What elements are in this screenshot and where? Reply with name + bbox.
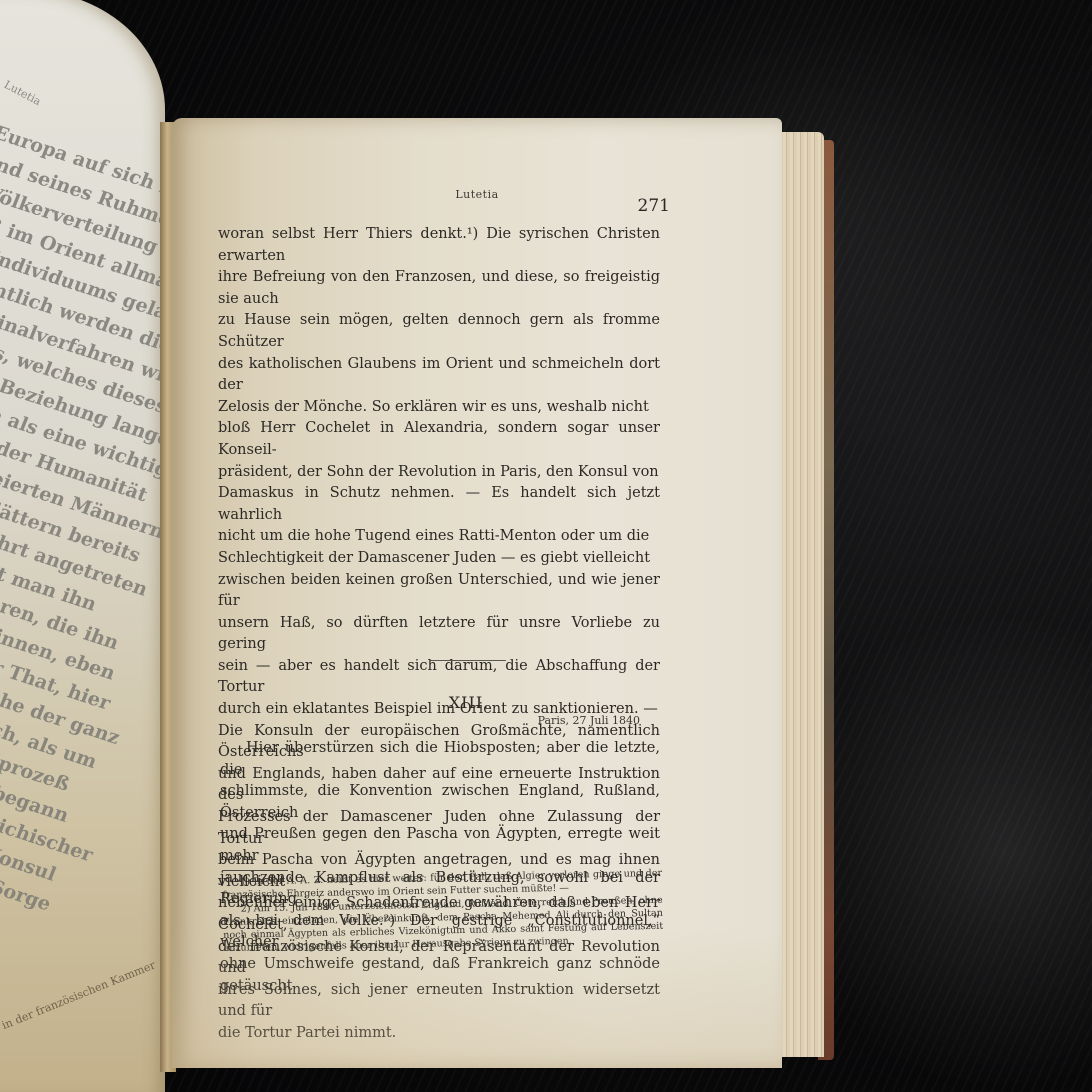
text-line: ihre Befreiung von den Franzosen, und di…: [218, 267, 660, 310]
footnote-divider: [222, 870, 288, 871]
section-divider: [430, 660, 506, 661]
running-head: Lutetia: [172, 188, 782, 201]
text-line: Zelosis der Mönche. So erklären wir es u…: [218, 397, 660, 419]
text-line: ohne Umschweife gestand, daß Frankreich …: [220, 954, 660, 997]
right-page: Lutetia 271 woran selbst Herr Thiers den…: [172, 118, 782, 1068]
page-edges: [776, 132, 824, 1057]
text-line: des katholischen Glaubens im Orient und …: [218, 354, 660, 397]
footnotes: 1) In der A. A. Z. heißt es hier weiter:…: [222, 867, 664, 956]
footnote-2: 2) Am 15. Juli 1840 unterzeichneten Engl…: [223, 894, 664, 955]
text-line: Damaskus in Schutz nehmen. — Es handelt …: [218, 483, 660, 526]
text-line: und Preußen gegen den Pascha von Ägypten…: [220, 824, 660, 867]
text-line: schlimmste, die Konvention zwischen Engl…: [220, 781, 660, 824]
text-line: woran selbst Herr Thiers denkt.¹) Die sy…: [218, 224, 660, 267]
page-number: 271: [638, 196, 670, 216]
dateline: Paris, 27 Juli 1840: [538, 714, 640, 727]
left-page-footnote: in der französischen Kammer: [0, 958, 157, 1032]
text-line: zwischen beiden keinen großen Unterschie…: [218, 570, 660, 613]
text-line: Hier überstürzen sich die Hiobsposten; a…: [220, 738, 660, 781]
text-line: präsident, der Sohn der Revolution in Pa…: [218, 462, 660, 484]
text-line: bloß Herr Cochelet in Alexandria, sonder…: [218, 418, 660, 461]
text-line: zu Hause sein mögen, gelten dennoch gern…: [218, 310, 660, 353]
left-running-head: Lutetia: [2, 78, 43, 108]
text-line: unsern Haß, so dürften letztere für unsr…: [218, 613, 660, 656]
text-line: nicht um die hohe Tugend eines Ratti-Men…: [218, 526, 660, 548]
text-line: Schlechtigkeit der Damascener Juden — es…: [218, 548, 660, 570]
section-heading: XIII.: [172, 693, 766, 712]
left-page-text: Europa auf sich lüde, zum größten und se…: [0, 118, 165, 1042]
text-line: die Tortur Partei nimmt.: [218, 1023, 660, 1045]
left-page: Lutetia Europa auf sich lüde, zum größte…: [0, 0, 165, 1092]
